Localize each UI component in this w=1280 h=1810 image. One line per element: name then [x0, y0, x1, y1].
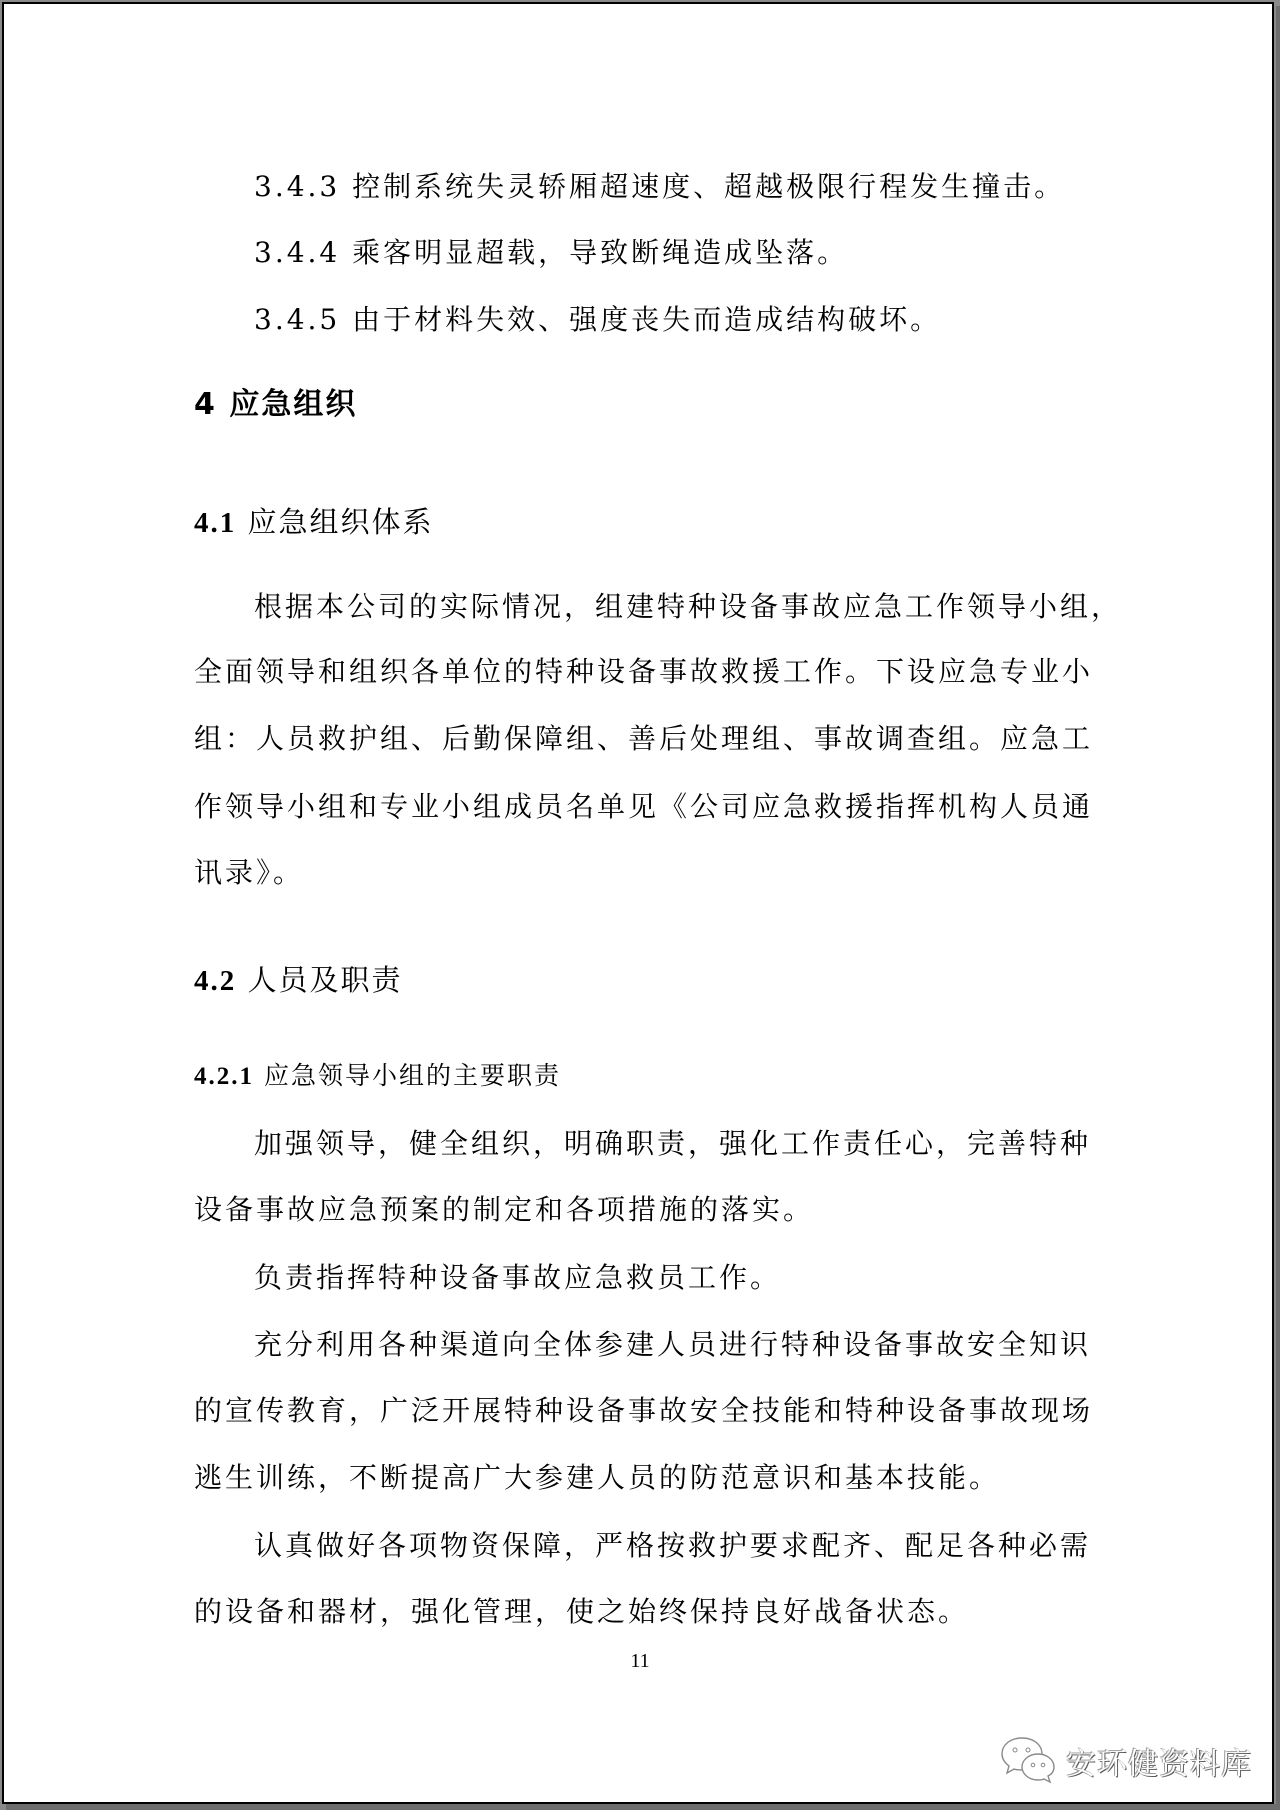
watermark-text: 安环健资料库 — [1066, 1739, 1252, 1783]
section-number: 4.1 — [194, 507, 236, 539]
paragraph-line: 组：人员救护组、后勤保障组、善后处理组、事故调查组。应急工 — [194, 721, 1093, 757]
section-heading-4-2: 4.2 人员及职责 — [194, 962, 402, 999]
section-heading-4-1: 4.1 应急组织体系 — [194, 504, 433, 541]
paragraph-line: 逃生训练，不断提高广大参建人员的防范意识和基本技能。 — [194, 1460, 1000, 1496]
section-heading-4-2-1: 4.2.1 应急领导小组的主要职责 — [194, 1058, 561, 1095]
list-item-3-4-5: 3.4.5 由于材料失效、强度丧失而造成结构破坏。 — [254, 302, 941, 338]
page-shadow-bottom — [6, 1804, 1280, 1810]
paragraph-line: 全面领导和组织各单位的特种设备事故救援工作。下设应急专业小 — [194, 654, 1093, 690]
paragraph-line: 作领导小组和专业小组成员名单见《公司应急救援指挥机构人员通 — [194, 789, 1093, 825]
list-item-3-4-4: 3.4.4 乘客明显超载，导致断绳造成坠落。 — [254, 235, 848, 271]
paragraph-line: 的宣传教育，广泛开展特种设备事故安全技能和特种设备事故现场 — [194, 1393, 1093, 1429]
wechat-icon — [1000, 1734, 1058, 1789]
paragraph-line: 设备事故应急预案的制定和各项措施的落实。 — [194, 1192, 814, 1228]
section-number: 4.2.1 — [194, 1063, 254, 1090]
section-title: 人员及职责 — [247, 963, 402, 997]
section-number: 4 — [194, 387, 217, 422]
paragraph-line: 充分利用各种渠道向全体参建人员进行特种设备事故安全知识 — [254, 1327, 1091, 1363]
paragraph-line: 加强领导，健全组织，明确职责，强化工作责任心，完善特种 — [254, 1126, 1091, 1162]
page-number: 11 — [0, 1650, 1280, 1673]
paragraph-line: 根据本公司的实际情况，组建特种设备事故应急工作领导小组， — [254, 589, 1122, 625]
paragraph-line: 负责指挥特种设备事故应急救员工作。 — [254, 1260, 781, 1296]
section-title: 应急组织 — [229, 387, 357, 422]
section-title: 应急领导小组的主要职责 — [264, 1061, 561, 1090]
paragraph-line: 讯录》。 — [194, 855, 304, 891]
section-heading-4: 4 应急组织 — [194, 387, 357, 423]
watermark: 安环健资料库 — [1000, 1733, 1252, 1789]
page-shadow-right — [1276, 6, 1280, 1810]
paragraph-line: 认真做好各项物资保障，严格按救护要求配齐、配足各种必需 — [254, 1528, 1091, 1564]
paragraph-line: 的设备和器材，强化管理，使之始终保持良好战备状态。 — [194, 1594, 969, 1630]
section-title: 应急组织体系 — [247, 505, 433, 539]
section-number: 4.2 — [194, 965, 236, 997]
list-item-3-4-3: 3.4.3 控制系统失灵轿厢超速度、超越极限行程发生撞击。 — [254, 169, 1065, 205]
